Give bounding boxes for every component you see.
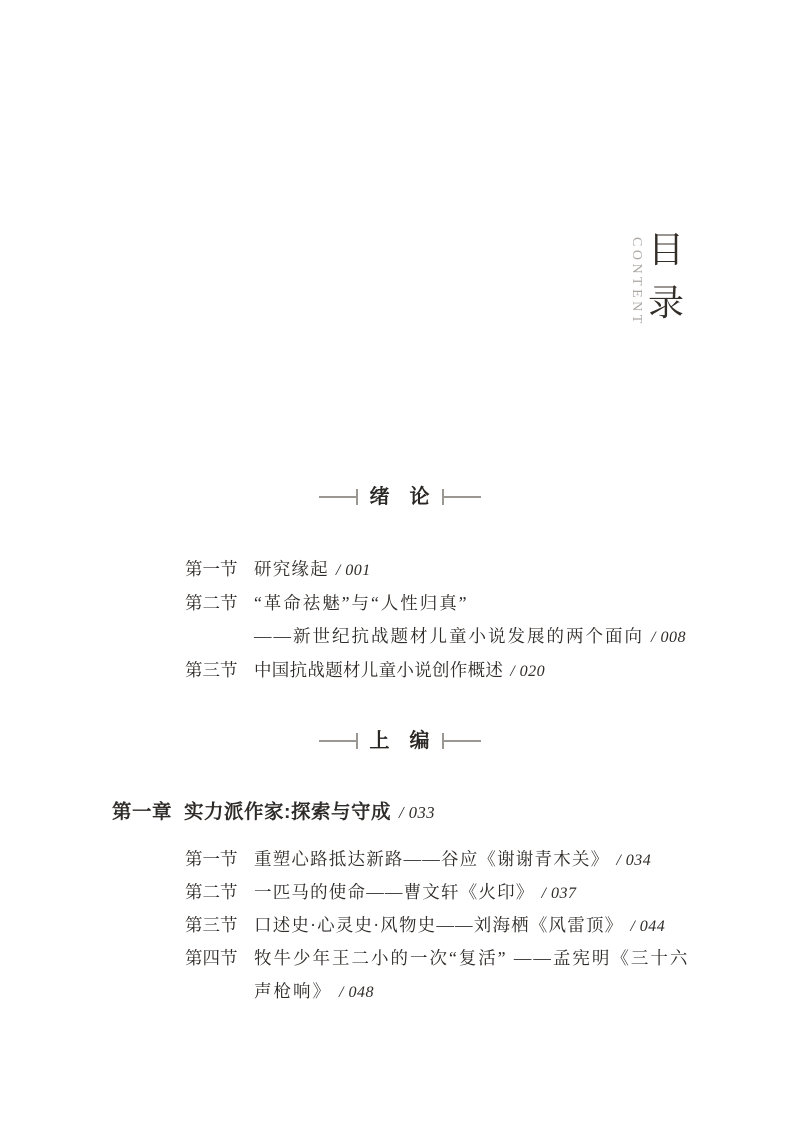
entry-title: 中国抗战题材儿童小说创作概述 bbox=[254, 654, 503, 688]
toc-entry: 第三节 口述史·心灵史·风物史——刘海栖《风雷顶》 / 044 bbox=[185, 909, 696, 942]
entry-page-number: / 008 bbox=[651, 621, 686, 655]
entry-label: 第四节 bbox=[185, 942, 240, 975]
header-rule-right bbox=[442, 489, 481, 505]
part-header-part1-label: 上 编 bbox=[370, 727, 430, 755]
entry-label: 第一节 bbox=[185, 843, 240, 876]
page-title-char-1: 目 bbox=[648, 231, 684, 269]
header-rule-left bbox=[319, 489, 358, 505]
toc-entry: 第二节 一匹马的使命——曹文轩《火印》 / 037 bbox=[185, 876, 696, 909]
header-rule-left bbox=[319, 733, 358, 749]
part-header-intro-label: 绪 论 bbox=[370, 483, 430, 511]
toc-page: CONTENT 目 录 绪 论 第一节 研究缘起 / 001 第二节 “革命祛魅… bbox=[0, 0, 799, 1129]
page-title-char-2: 录 bbox=[648, 284, 684, 322]
intro-entries: 第一节 研究缘起 / 001 第二节 “革命祛魅”与“人性归真” ——新世纪抗战… bbox=[185, 553, 686, 687]
chapter-label: 第一章 bbox=[112, 799, 172, 825]
entry-page-number: / 034 bbox=[616, 844, 651, 877]
part-header-part1: 上 编 bbox=[0, 727, 799, 755]
toc-entry: 第一节 重塑心路抵达新路——谷应《谢谢青木关》 / 034 bbox=[185, 843, 696, 876]
entry-title: “革命祛魅”与“人性归真” bbox=[254, 587, 469, 621]
entry-title: 研究缘起 bbox=[254, 553, 329, 587]
toc-entry-continuation: ——新世纪抗战题材儿童小说发展的两个面向 / 008 bbox=[185, 620, 686, 654]
page-title-vertical: 目 录 bbox=[648, 231, 684, 322]
entry-title: 牧牛少年王二小的一次“复活” ——孟宪明《三十六 bbox=[254, 942, 689, 975]
entry-title: 重塑心路抵达新路——谷应《谢谢青木关》 bbox=[254, 843, 609, 876]
entry-title: 声枪响》 bbox=[254, 975, 332, 1008]
entry-label: 第一节 bbox=[185, 553, 240, 587]
entry-title: 口述史·心灵史·风物史——刘海栖《风雷顶》 bbox=[254, 909, 623, 942]
entry-page-number: / 044 bbox=[630, 910, 665, 943]
entry-title: ——新世纪抗战题材儿童小说发展的两个面向 bbox=[254, 620, 644, 654]
entry-page-number: / 037 bbox=[542, 877, 577, 910]
entry-page-number: / 001 bbox=[336, 554, 371, 588]
toc-entry-continuation: 声枪响》 / 048 bbox=[185, 975, 696, 1008]
entry-label: 第三节 bbox=[185, 909, 240, 942]
chapter-title: 实力派作家:探索与守成 bbox=[184, 799, 391, 825]
entry-page-number: / 048 bbox=[339, 976, 374, 1009]
entry-page-number: / 020 bbox=[510, 655, 545, 689]
chapter1-entries: 第一节 重塑心路抵达新路——谷应《谢谢青木关》 / 034 第二节 一匹马的使命… bbox=[185, 843, 696, 1008]
entry-title: 一匹马的使命——曹文轩《火印》 bbox=[254, 876, 535, 909]
toc-entry: 第一节 研究缘起 / 001 bbox=[185, 553, 686, 587]
header-rule-right bbox=[442, 733, 481, 749]
entry-label: 第二节 bbox=[185, 876, 240, 909]
content-subtitle: CONTENT bbox=[628, 237, 644, 327]
entry-label: 第三节 bbox=[185, 654, 240, 688]
entry-label: 第二节 bbox=[185, 587, 240, 621]
part-header-intro: 绪 论 bbox=[0, 483, 799, 511]
chapter-page-number: / 033 bbox=[399, 800, 435, 826]
toc-entry: 第三节 中国抗战题材儿童小说创作概述 / 020 bbox=[185, 654, 686, 688]
chapter-heading: 第一章 实力派作家:探索与守成 / 033 bbox=[112, 799, 435, 826]
toc-entry: 第四节 牧牛少年王二小的一次“复活” ——孟宪明《三十六 bbox=[185, 942, 696, 975]
toc-entry: 第二节 “革命祛魅”与“人性归真” bbox=[185, 587, 686, 621]
